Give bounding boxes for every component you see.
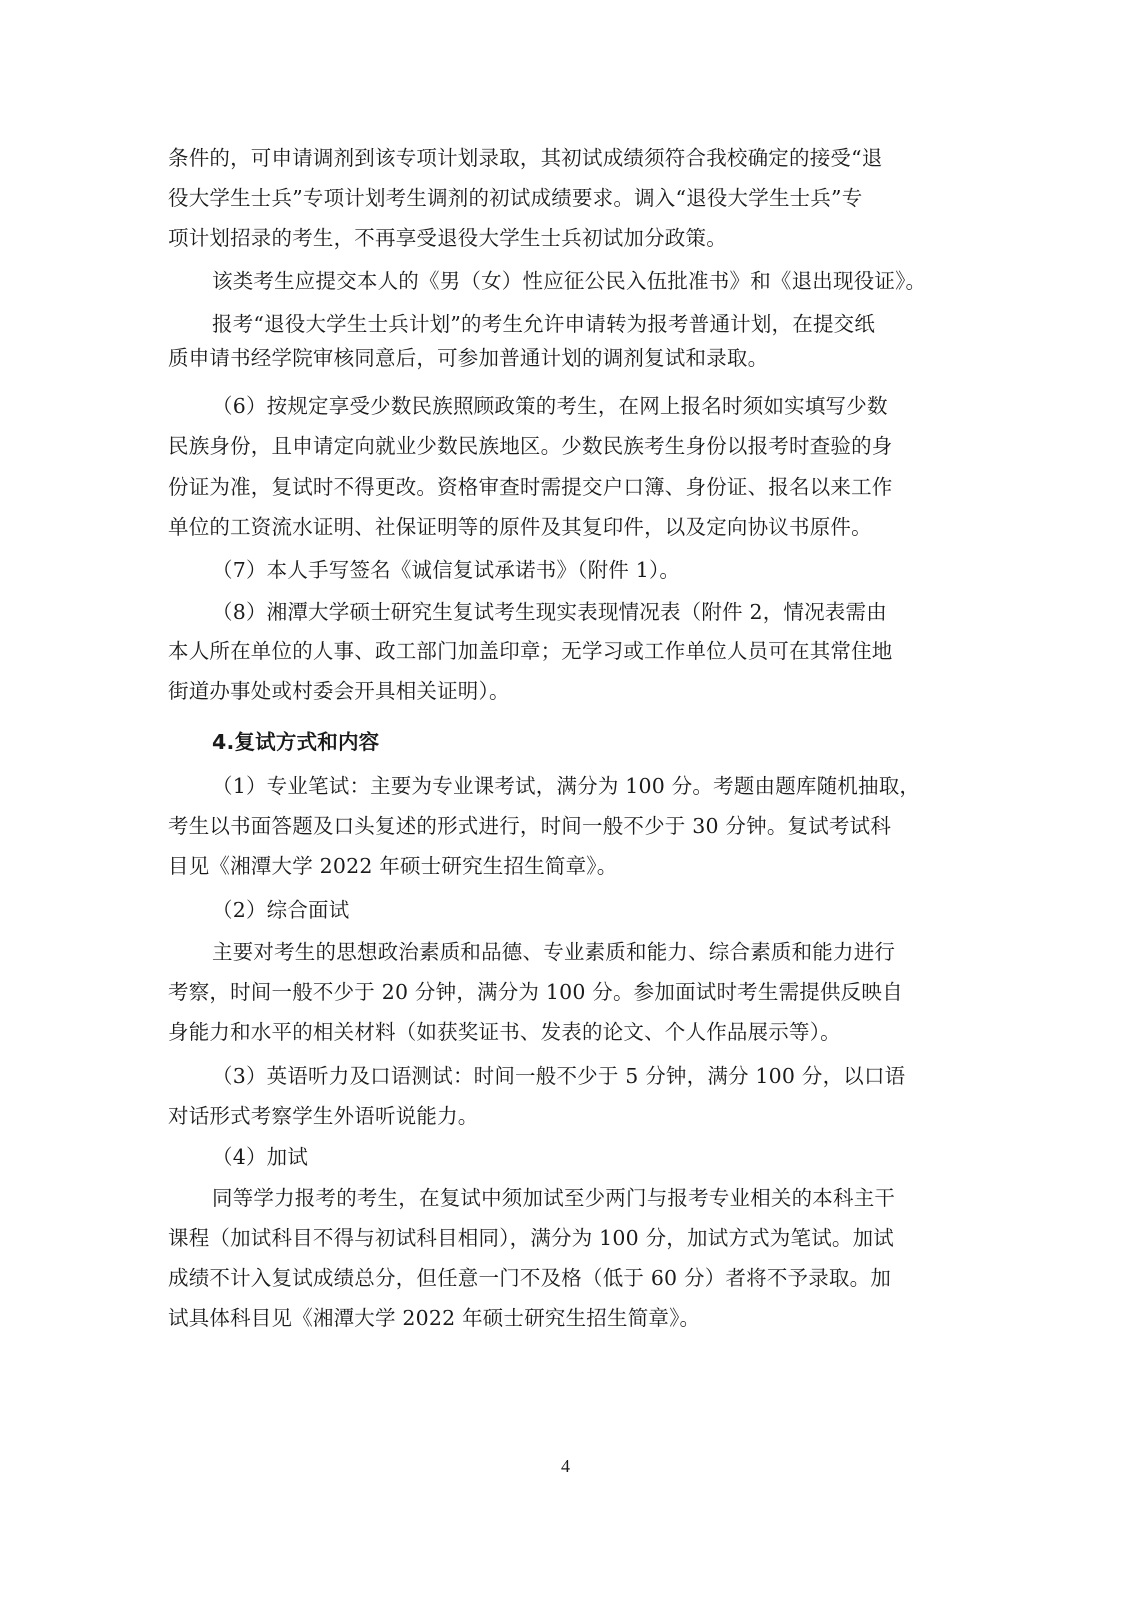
text-line: 项计划招录的考生，不再享受退役大学生士兵初试加分政策。 [168,224,948,252]
text-line: 同等学力报考的考生，在复试中须加试至少两门与报考专业相关的本科主干 [212,1184,948,1212]
text-line: 成绩不计入复试成绩总分，但任意一门不及格（低于 60 分）者将不予录取。加 [168,1264,948,1292]
page-number: 4 [0,1452,1131,1480]
text-line: 本人所在单位的人事、政工部门加盖印章；无学习或工作单位人员可在其常住地 [168,637,948,665]
text-line: 报考“退役大学生士兵计划”的考生允许申请转为报考普通计划，在提交纸 [212,310,948,338]
text-line: 条件的，可申请调剂到该专项计划录取，其初试成绩须符合我校确定的接受“退 [168,144,948,172]
text-line: 课程（加试科目不得与初试科目相同），满分为 100 分，加试方式为笔试。加试 [168,1224,948,1252]
text-line: （3）英语听力及口语测试：时间一般不少于 5 分钟，满分 100 分，以口语 [212,1062,948,1090]
text-line: 考生以书面答题及口头复述的形式进行，时间一般不少于 30 分钟。复试考试科 [168,812,948,840]
text-line: 单位的工资流水证明、社保证明等的原件及其复印件，以及定向协议书原件。 [168,513,948,541]
text-line: （6）按规定享受少数民族照顾政策的考生，在网上报名时须如实填写少数 [212,392,948,420]
text-line: 质申请书经学院审核同意后，可参加普通计划的调剂复试和录取。 [168,344,948,372]
text-line: 份证为准，复试时不得更改。资格审查时需提交户口簿、身份证、报名以来工作 [168,473,948,501]
text-line: 考察，时间一般不少于 20 分钟，满分为 100 分。参加面试时考生需提供反映自 [168,978,948,1006]
text-line: 民族身份，且申请定向就业少数民族地区。少数民族考生身份以报考时查验的身 [168,432,948,460]
text-line: 目见《湘潭大学 2022 年硕士研究生招生简章》。 [168,852,948,880]
section-heading: 4.复试方式和内容 [212,728,948,756]
text-line: 主要对考生的思想政治素质和品德、专业素质和能力、综合素质和能力进行 [212,938,948,966]
text-line: （8）湘潭大学硕士研究生复试考生现实表现情况表（附件 2，情况表需由 [212,598,948,626]
text-line: （4）加试 [212,1143,948,1171]
text-line: 试具体科目见《湘潭大学 2022 年硕士研究生招生简章》。 [168,1304,948,1332]
text-line: （2）综合面试 [212,896,948,924]
text-line: 对话形式考察学生外语听说能力。 [168,1102,948,1130]
text-line: 身能力和水平的相关材料（如获奖证书、发表的论文、个人作品展示等）。 [168,1018,948,1046]
text-line: 役大学生士兵”专项计划考生调剂的初试成绩要求。调入“退役大学生士兵”专 [168,184,948,212]
text-line: （1）专业笔试：主要为专业课考试，满分为 100 分。考题由题库随机抽取， [212,772,948,800]
text-line: （7）本人手写签名《诚信复试承诺书》（附件 1）。 [212,556,948,584]
document-page: 条件的，可申请调剂到该专项计划录取，其初试成绩须符合我校确定的接受“退役大学生士… [0,0,1131,1600]
text-line: 该类考生应提交本人的《男（女）性应征公民入伍批准书》和《退出现役证》。 [212,267,948,295]
text-line: 街道办事处或村委会开具相关证明）。 [168,677,948,705]
